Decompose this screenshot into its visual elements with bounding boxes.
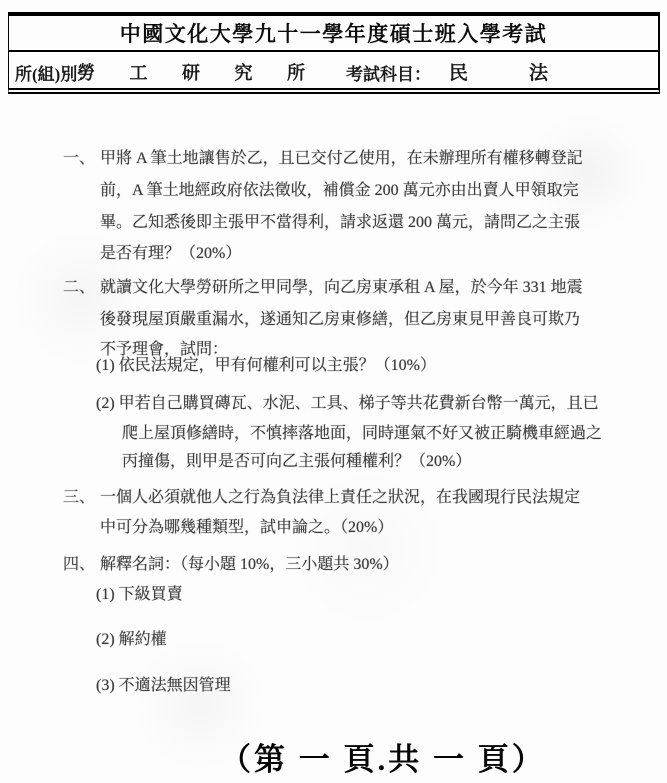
question-4-term-2: (2) 解約權	[96, 631, 167, 649]
question-2-line-2: 後發現屋頂嚴重漏水，遂通知乙房東修繕，但乙房東見甲善良可欺乃	[100, 311, 580, 329]
question-1-line-3: 畢。乙知悉後即主張甲不當得利，請求返還 200 萬元，請問乙之主張	[100, 214, 580, 232]
department-value: 勞 工 研 究 所	[77, 59, 320, 85]
question-3-line-1: 一個人必須就他人之行為負法律上責任之狀況，在我國現行民法規定	[100, 489, 580, 507]
question-3-line-2: 中可分為哪幾種類型，試申論之。（20%）	[100, 519, 393, 537]
exam-title-row: 中國文化大學九十一學年度碩士班入學考試	[9, 16, 658, 50]
question-3-number: 三、	[63, 489, 95, 507]
subject-value-char-1: 民	[449, 58, 468, 85]
page-indicator: （第 一 頁.共 一 頁）	[220, 734, 546, 779]
scanned-exam-page: { "colors": { "paper": "#fdfdfd", "ink":…	[0, 0, 667, 783]
question-2-sub-2-line-2: 爬上屋頂修繕時，不慎摔落地面，同時運氣不好又被正騎機車經過之	[122, 425, 602, 443]
question-2-number: 二、	[63, 279, 95, 297]
subject-label: 考試科目：	[346, 60, 431, 85]
question-4-heading: 解釋名詞：（每小題 10%，三小題共 30%）	[100, 556, 399, 574]
question-1-line-1: 甲將 A 筆土地讓售於乙，且已交付乙使用，在未辦理所有權移轉登記	[100, 150, 583, 168]
question-2-sub-2-line-3: 丙撞傷，則甲是否可向乙主張何種權利？（20%）	[122, 453, 471, 471]
question-2-line-1: 就讀文化大學勞研所之甲同學，向乙房東承租 A 屋，於今年 331 地震	[100, 279, 583, 297]
scan-noise-overlay	[0, 0, 667, 783]
question-2-sub-2-line-1: (2) 甲若自己購買磚瓦、水泥、工具、梯子等共花費新台幣一萬元，且已	[96, 395, 599, 413]
question-4-term-1: (1) 下級買賣	[96, 586, 183, 604]
question-1-number: 一、	[63, 150, 95, 168]
exam-title: 中國文化大學九十一學年度碩士班入學考試	[120, 18, 548, 48]
exam-header-box: 中國文化大學九十一學年度碩士班入學考試 所(組)別： 勞 工 研 究 所 考試科…	[8, 12, 660, 94]
subject-value-char-2: 法	[529, 58, 548, 85]
question-4-number: 四、	[63, 556, 95, 574]
question-2-sub-1: (1) 依民法規定，甲有何權利可以主張？（10%）	[96, 357, 436, 375]
exam-info-row: 所(組)別： 勞 工 研 究 所 考試科目： 民 法	[9, 52, 658, 88]
question-1-line-2: 前，A 筆土地經政府依法徵收，補償金 200 萬元亦由出賣人甲領取完	[100, 182, 579, 200]
question-1-line-4: 是否有理？（20%）	[100, 245, 241, 263]
question-4-term-3: (3) 不適法無因管理	[96, 677, 231, 695]
